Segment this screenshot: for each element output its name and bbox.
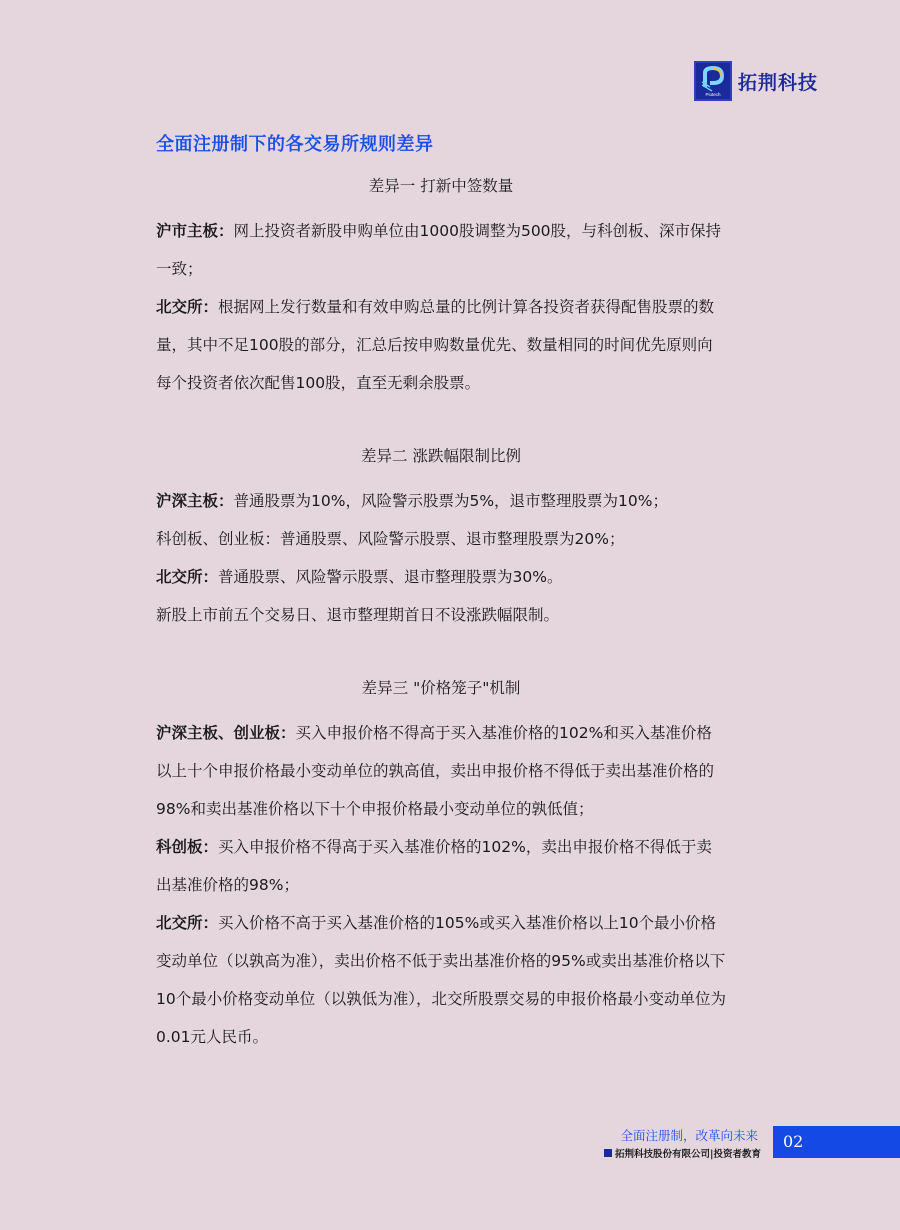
section-title: 差异一 打新中签数量 bbox=[156, 172, 726, 200]
paragraph: 科创板、创业板：普通股票、风险警示股票、退市整理股票为20%； bbox=[156, 520, 726, 558]
section-1: 差异一 打新中签数量 沪市主板：网上投资者新股申购单位由1000股调整为500股… bbox=[156, 172, 726, 402]
paragraph: 北交所：根据网上发行数量和有效申购总量的比例计算各投资者获得配售股票的数量，其中… bbox=[156, 288, 726, 402]
piotech-logo-icon: Piotech bbox=[694, 61, 732, 101]
paragraph-label: 北交所： bbox=[156, 568, 218, 586]
document-title: 全面注册制下的各交易所规则差异 bbox=[156, 130, 434, 156]
company-name: 拓荆科技 bbox=[738, 68, 818, 95]
footer-company-text: 拓荆科技股份有限公司|投资者教育 bbox=[615, 1146, 761, 1160]
paragraph-text: 新股上市前五个交易日、退市整理期首日不设涨跌幅限制。 bbox=[156, 606, 559, 624]
paragraph-text: 买入价格不高于买入基准价格的105%或买入基准价格以上10个最小价格变动单位（以… bbox=[156, 914, 726, 1046]
footer-slogan: 全面注册制，改革向未来 bbox=[600, 1126, 758, 1144]
paragraph-label: 沪市主板： bbox=[156, 222, 234, 240]
svg-text:Piotech: Piotech bbox=[705, 92, 721, 97]
section-3: 差异三 "价格笼子"机制 沪深主板、创业板：买入申报价格不得高于买入基准价格的1… bbox=[156, 674, 726, 1056]
section-title: 差异三 "价格笼子"机制 bbox=[156, 674, 726, 702]
paragraph: 沪深主板、创业板：买入申报价格不得高于买入基准价格的102%和买入基准价格以上十… bbox=[156, 714, 726, 828]
spacer bbox=[156, 634, 726, 674]
paragraph: 科创板：买入申报价格不得高于买入基准价格的102%，卖出申报价格不得低于卖出基准… bbox=[156, 828, 726, 904]
section-title: 差异二 涨跌幅限制比例 bbox=[156, 442, 726, 470]
footer-company: 拓荆科技股份有限公司|投资者教育 bbox=[604, 1146, 761, 1160]
paragraph-text: 网上投资者新股申购单位由1000股调整为500股，与科创板、深市保持一致； bbox=[156, 222, 721, 278]
mini-logo-icon bbox=[604, 1149, 612, 1157]
paragraph: 沪市主板：网上投资者新股申购单位由1000股调整为500股，与科创板、深市保持一… bbox=[156, 212, 726, 288]
document-page: Piotech 拓荆科技 全面注册制下的各交易所规则差异 差异一 打新中签数量 … bbox=[0, 0, 900, 1230]
paragraph-text: 根据网上发行数量和有效申购总量的比例计算各投资者获得配售股票的数量，其中不足10… bbox=[156, 298, 714, 392]
spacer bbox=[156, 402, 726, 442]
paragraph-text: 普通股票、风险警示股票、退市整理股票为30%。 bbox=[218, 568, 562, 586]
paragraph-text: 科创板、创业板：普通股票、风险警示股票、退市整理股票为20%； bbox=[156, 530, 624, 548]
paragraph-label: 科创板： bbox=[156, 838, 218, 856]
paragraph: 北交所：普通股票、风险警示股票、退市整理股票为30%。 bbox=[156, 558, 726, 596]
page-number: 02 bbox=[783, 1132, 803, 1151]
company-logo: Piotech 拓荆科技 bbox=[694, 61, 818, 101]
paragraph: 北交所：买入价格不高于买入基准价格的105%或买入基准价格以上10个最小价格变动… bbox=[156, 904, 726, 1056]
paragraph-text: 普通股票为10%，风险警示股票为5%，退市整理股票为10%； bbox=[234, 492, 669, 510]
paragraph: 沪深主板：普通股票为10%，风险警示股票为5%，退市整理股票为10%； bbox=[156, 482, 726, 520]
paragraph-text: 买入申报价格不得高于买入基准价格的102%，卖出申报价格不得低于卖出基准价格的9… bbox=[156, 838, 712, 894]
paragraph: 新股上市前五个交易日、退市整理期首日不设涨跌幅限制。 bbox=[156, 596, 726, 634]
document-body: 差异一 打新中签数量 沪市主板：网上投资者新股申购单位由1000股调整为500股… bbox=[156, 172, 726, 1056]
paragraph-label: 北交所： bbox=[156, 914, 218, 932]
page-number-bar: 02 bbox=[773, 1126, 900, 1158]
section-2: 差异二 涨跌幅限制比例 沪深主板：普通股票为10%，风险警示股票为5%，退市整理… bbox=[156, 442, 726, 634]
paragraph-label: 沪深主板、创业板： bbox=[156, 724, 296, 742]
paragraph-label: 北交所： bbox=[156, 298, 218, 316]
paragraph-label: 沪深主板： bbox=[156, 492, 234, 510]
